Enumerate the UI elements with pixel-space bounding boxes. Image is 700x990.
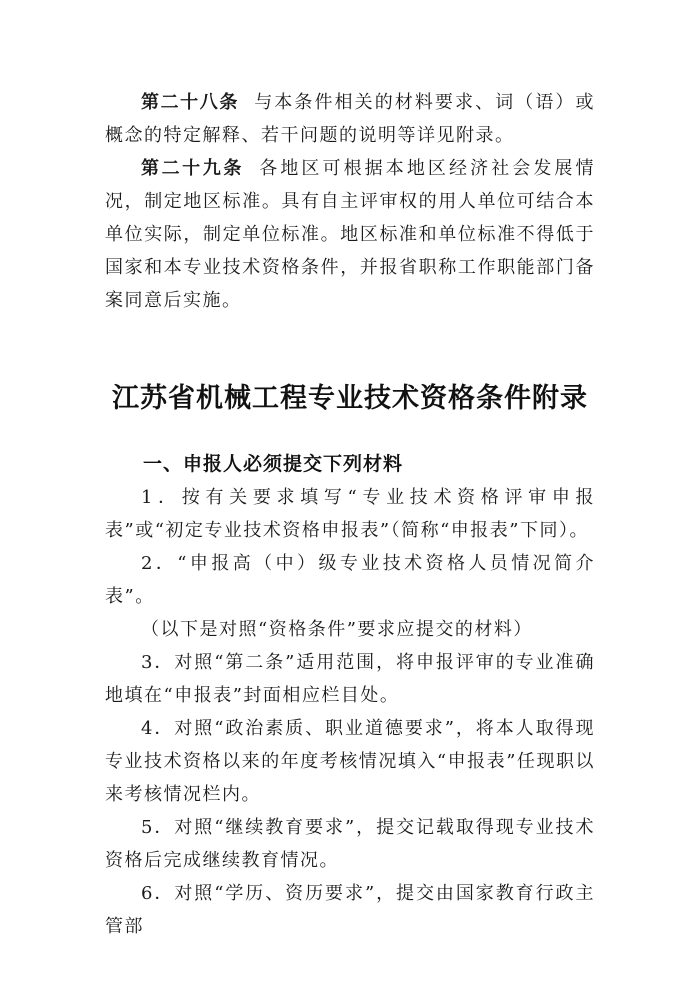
appendix-title: 江苏省机械工程专业技术资格条件附录 bbox=[105, 380, 595, 418]
list-note: （以下是对照“资格条件”要求应提交的材料） bbox=[105, 613, 595, 646]
list-item-1: 1．按有关要求填写“专业技术资格评审申报表”或“初定专业技术资格申报表”（简称“… bbox=[105, 481, 595, 547]
article-29-label: 第二十九条 bbox=[141, 158, 244, 179]
section-heading: 一、申报人必须提交下列材料 bbox=[105, 448, 595, 481]
article-29-paragraph: 第二十九条各地区可根据本地区经济社会发展情况，制定地区标准。具有自主评审权的用人… bbox=[105, 152, 595, 317]
article-28-label: 第二十八条 bbox=[141, 92, 239, 113]
list-item-5: 5．对照“继续教育要求”，提交记载取得现专业技术资格后完成继续教育情况。 bbox=[105, 811, 595, 877]
article-29-text: 各地区可根据本地区经济社会发展情况，制定地区标准。具有自主评审权的用人单位可结合… bbox=[105, 158, 595, 311]
list-item-2: 2．“申报高（中）级专业技术资格人员情况简介表”。 bbox=[105, 547, 595, 613]
list-item-4: 4．对照“政治素质、职业道德要求”，将本人取得现专业技术资格以来的年度考核情况填… bbox=[105, 712, 595, 811]
document-page: 第二十八条与本条件相关的材料要求、词（语）或概念的特定解释、若干问题的说明等详见… bbox=[0, 0, 700, 990]
list-item-6: 6．对照“学历、资历要求”，提交由国家教育行政主管部 bbox=[105, 877, 595, 943]
article-28-paragraph: 第二十八条与本条件相关的材料要求、词（语）或概念的特定解释、若干问题的说明等详见… bbox=[105, 86, 595, 152]
list-item-3: 3．对照“第二条”适用范围，将申报评审的专业准确地填在“申报表”封面相应栏目处。 bbox=[105, 646, 595, 712]
